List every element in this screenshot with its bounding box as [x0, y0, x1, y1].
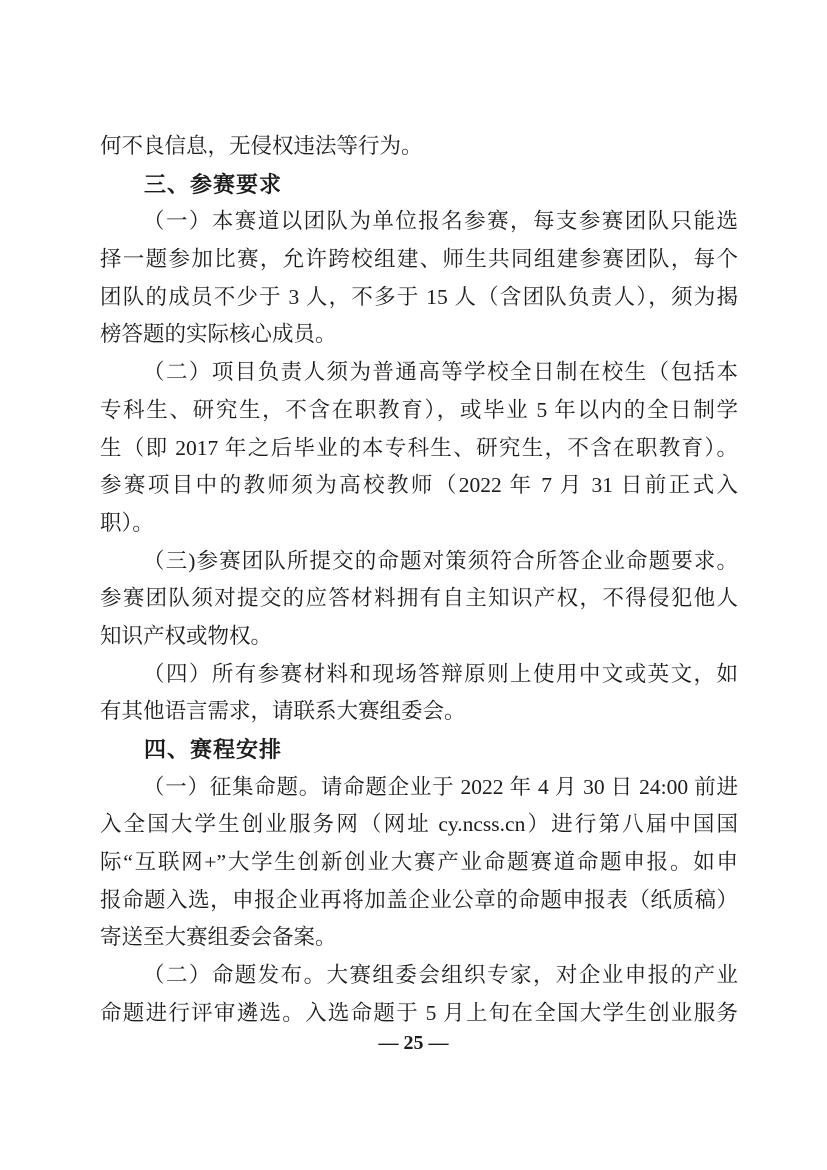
section-heading-3: 三、参赛要求: [100, 166, 738, 204]
text-line: 报命题入选，申报企业再将加盖企业公章的命题申报表（纸质稿）: [100, 882, 738, 920]
text-line: 团队的成员不少于 3 人，不多于 15 人（含团队负责人），须为揭: [100, 279, 738, 317]
page-number: — 25 —: [0, 1032, 827, 1054]
text-line: 参赛团队须对提交的应答材料拥有自主知识产权，不得侵犯他人: [100, 580, 738, 618]
text-line: 专科生、研究生，不含在职教育），或毕业 5 年以内的全日制学: [100, 392, 738, 430]
text-line: 际“互联网+”大学生创新创业大赛产业命题赛道命题申报。如申: [100, 844, 738, 882]
text-line: （三)参赛团队所提交的命题对策须符合所答企业命题要求。: [100, 543, 738, 581]
text-line: 榜答题的实际核心成员。: [100, 316, 738, 354]
text-line: （二）项目负责人须为普通高等学校全日制在校生（包括本: [100, 354, 738, 392]
section-heading-4: 四、赛程安排: [100, 731, 738, 769]
document-body: 何不良信息，无侵权违法等行为。 三、参赛要求 （一）本赛道以团队为单位报名参赛，…: [100, 128, 738, 1033]
text-line: （二）命题发布。大赛组委会组织专家，对企业申报的产业: [100, 957, 738, 995]
text-line: 寄送至大赛组委会备案。: [100, 919, 738, 957]
text-line: （一）征集命题。请命题企业于 2022 年 4 月 30 日 24:00 前进: [100, 769, 738, 807]
text-line: 择一题参加比赛，允许跨校组建、师生共同组建参赛团队，每个: [100, 241, 738, 279]
text-line: 职）。: [100, 505, 738, 543]
text-line: 有其他语言需求，请联系大赛组委会。: [100, 693, 738, 731]
text-line: 生（即 2017 年之后毕业的本专科生、研究生，不含在职教育）。: [100, 430, 738, 468]
text-line: （一）本赛道以团队为单位报名参赛，每支参赛团队只能选: [100, 203, 738, 241]
text-line: 命题进行评审遴选。入选命题于 5 月上旬在全国大学生创业服务: [100, 995, 738, 1033]
text-line: 何不良信息，无侵权违法等行为。: [100, 128, 738, 166]
text-line: 知识产权或物权。: [100, 618, 738, 656]
text-line: 入全国大学生创业服务网（网址 cy.ncss.cn）进行第八届中国国: [100, 806, 738, 844]
document-page: 何不良信息，无侵权违法等行为。 三、参赛要求 （一）本赛道以团队为单位报名参赛，…: [0, 0, 827, 1170]
text-line: （四）所有参赛材料和现场答辩原则上使用中文或英文，如: [100, 656, 738, 694]
text-line: 参赛项目中的教师须为高校教师（2022 年 7 月 31 日前正式入: [100, 467, 738, 505]
